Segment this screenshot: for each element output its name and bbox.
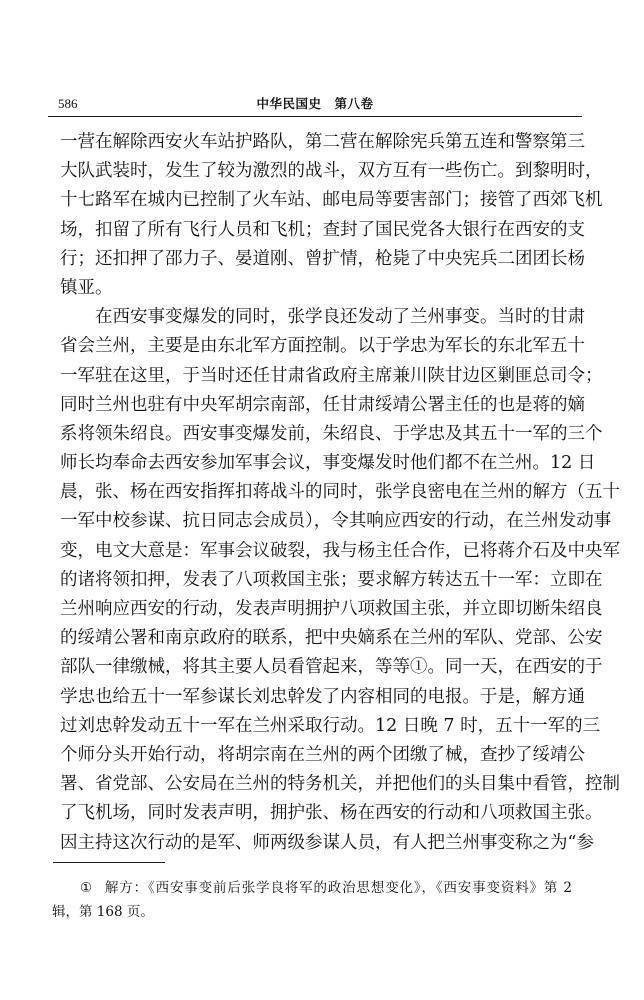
text-line: 部队一律缴械，将其主要人员看管起来，等等①。同一天，在西安的于 [60, 653, 584, 682]
footnote-line: 辑，第 168 页。 [52, 900, 572, 924]
book-page: 586 中华民国史 第八卷 一营在解除西安火车站护路队，第二营在解除宪兵第五连和… [0, 0, 644, 1000]
text-line: 过刘忠幹发动五十一军在兰州采取行动。12 日晚 7 时，五十一军的三 [60, 712, 584, 741]
text-line: 同时兰州也驻有中央军胡宗南部，任甘肃绥靖公署主任的也是蒋的嫡 [60, 391, 584, 420]
text-line: 师长均奉命去西安参加军事会议，事变爆发时他们都不在兰州。12 日 [60, 449, 584, 478]
footnote-marker: ① [80, 880, 93, 896]
text-line: 系将领朱绍良。西安事变爆发前，朱绍良、于学忠及其五十一军的三个 [60, 420, 584, 449]
text-line: 个师分头开始行动，将胡宗南在兰州的两个团缴了械，查抄了绥靖公 [60, 741, 584, 770]
text-line: 兰州响应西安的行动，发表声明拥护八项救国主张，并立即切断朱绍良 [60, 595, 584, 624]
text-line: 一营在解除西安火车站护路队，第二营在解除宪兵第五连和警察第三 [60, 128, 584, 157]
footnote-line: ①解方：《西安事变前后张学良将军的政治思想变化》，《西安事变资料》第 2 [52, 876, 572, 900]
text-line: 晨，张、杨在西安指挥扣蒋战斗的同时，张学良密电在兰州的解方（五十 [60, 478, 584, 507]
paragraph-2: 在西安事变爆发的同时，张学良还发动了兰州事变。当时的甘肃 省会兰州，主要是由东北… [60, 303, 584, 858]
text-line: 大队武装时，发生了较为激烈的战斗，双方互有一些伤亡。到黎明时， [60, 157, 584, 186]
text-line: 一军驻在这里，于当时还任甘肃省政府主席兼川陕甘边区剿匪总司令； [60, 362, 584, 391]
header-rule [48, 116, 582, 117]
text-line: 在西安事变爆发的同时，张学良还发动了兰州事变。当时的甘肃 [60, 303, 584, 332]
text-line: 署、省党部、公安局在兰州的特务机关，并把他们的头目集中看管，控制 [60, 770, 584, 799]
text-line: 镇亚。 [60, 274, 584, 303]
body-text: 一营在解除西安火车站护路队，第二营在解除宪兵第五连和警察第三 大队武装时，发生了… [60, 128, 584, 858]
footnote-rule [53, 862, 165, 863]
text-line: 省会兰州，主要是由东北军方面控制。以于学忠为军长的东北军五十 [60, 332, 584, 361]
text-line: 十七路军在城内已控制了火车站、邮电局等要害部门；接管了西郊飞机 [60, 186, 584, 215]
footnotes: ①解方：《西安事变前后张学良将军的政治思想变化》，《西安事变资料》第 2 辑，第… [52, 876, 572, 924]
footnote-text: 解方：《西安事变前后张学良将军的政治思想变化》，《西安事变资料》第 2 [105, 880, 572, 896]
footnote-1: ①解方：《西安事变前后张学良将军的政治思想变化》，《西安事变资料》第 2 辑，第… [52, 876, 572, 924]
text-line: 因主持这次行动的是军、师两级参谋人员，有人把兰州事变称之为“参 [60, 829, 584, 858]
text-line: 的诸将领扣押，发表了八项救国主张；要求解方转达五十一军：立即在 [60, 566, 584, 595]
text-line: 学忠也给五十一军参谋长刘忠幹发了内容相同的电报。于是，解方通 [60, 683, 584, 712]
running-header: 586 中华民国史 第八卷 [48, 94, 582, 114]
text-line: 的绥靖公署和南京政府的联系，把中央嫡系在兰州的军队、党部、公安 [60, 624, 584, 653]
text-line: 变，电文大意是：军事会议破裂，我与杨主任合作，已将蒋介石及中央军 [60, 537, 584, 566]
text-line: 了飞机场，同时发表声明，拥护张、杨在西安的行动和八项救国主张。 [60, 799, 584, 828]
text-line: 一军中校参谋、抗日同志会成员），令其响应西安的行动，在兰州发动事 [60, 507, 584, 536]
text-line: 场，扣留了所有飞行人员和飞机；查封了国民党各大银行在西安的支 [60, 216, 584, 245]
text-line: 行；还扣押了邵力子、晏道刚、曾扩情，枪毙了中央宪兵二团团长杨 [60, 245, 584, 274]
paragraph-1: 一营在解除西安火车站护路队，第二营在解除宪兵第五连和警察第三 大队武装时，发生了… [60, 128, 584, 303]
book-title: 中华民国史 第八卷 [48, 94, 582, 114]
